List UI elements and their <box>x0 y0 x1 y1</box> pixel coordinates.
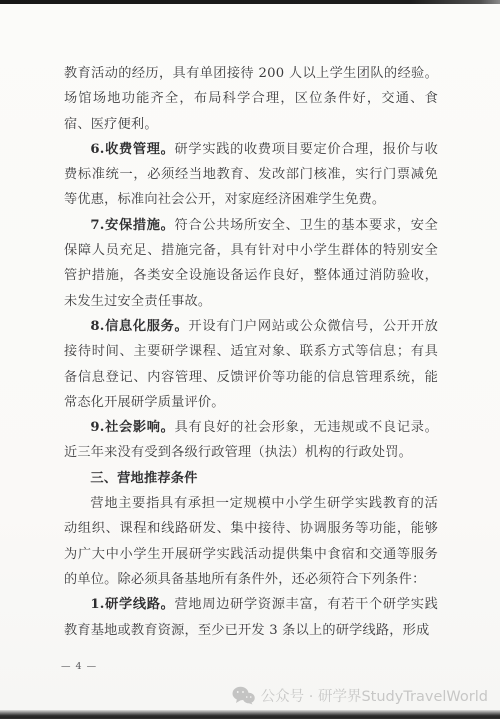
wechat-icon <box>232 686 255 705</box>
document-photo: 教育活动的经历，具有单团接待 200 人以上学生团队的经验。场馆场地功能齐全，布… <box>0 0 500 719</box>
body-paragraph: 9.社会影响。具有良好的社会形象，无违规或不良记录。近三年来没有受到各级行政管理… <box>64 415 438 466</box>
body-paragraph: 营地主要指具有承担一定规模中小学生研学实践教育的活动组织、课程和线路研发、集中接… <box>64 491 438 592</box>
paragraph-lead: 9.社会影响。 <box>90 420 174 435</box>
body-paragraph: 7.安保措施。符合公共场所安全、卫生的基本要求，安全保障人员充足、措施完备，具有… <box>64 213 438 314</box>
paragraph-lead: 7.安保措施。 <box>90 218 174 233</box>
watermark-text: 公众号 · 研学界StudyTravelWorld <box>261 685 488 706</box>
document-body: 教育活动的经历，具有单团接待 200 人以上学生团队的经验。场馆场地功能齐全，布… <box>64 0 438 643</box>
paragraph-lead: 6.收费管理。 <box>90 142 174 157</box>
body-paragraph: 8.信息化服务。开设有门户网站或公众微信号，公开开放接待时间、主要研学课程、适宜… <box>64 314 438 415</box>
body-paragraph: 6.收费管理。研学实践的收费项目要定价合理，报价与收费标准统一，必须经当地教育、… <box>64 137 438 213</box>
paragraph-text: 营地主要指具有承担一定规模中小学生研学实践教育的活动组织、课程和线路研发、集中接… <box>64 496 438 587</box>
paragraph-lead: 8.信息化服务。 <box>90 319 188 334</box>
paragraph-lead: 1.研学线路。 <box>90 597 174 612</box>
paragraph-text: 三、营地推荐条件 <box>90 471 197 486</box>
page-number: — 4 — <box>61 661 97 672</box>
watermark: 公众号 · 研学界StudyTravelWorld <box>232 685 488 706</box>
body-paragraph: 教育活动的经历，具有单团接待 200 人以上学生团队的经验。场馆场地功能齐全，布… <box>64 61 438 137</box>
photo-bottom-edge <box>0 710 500 719</box>
paragraph-text: 教育活动的经历，具有单团接待 200 人以上学生团队的经验。场馆场地功能齐全，布… <box>64 66 438 132</box>
body-paragraph: 1.研学线路。营地周边研学资源丰富，有若干个研学实践教育基地或教育资源，至少已开… <box>64 592 438 643</box>
section-heading: 三、营地推荐条件 <box>64 466 438 491</box>
